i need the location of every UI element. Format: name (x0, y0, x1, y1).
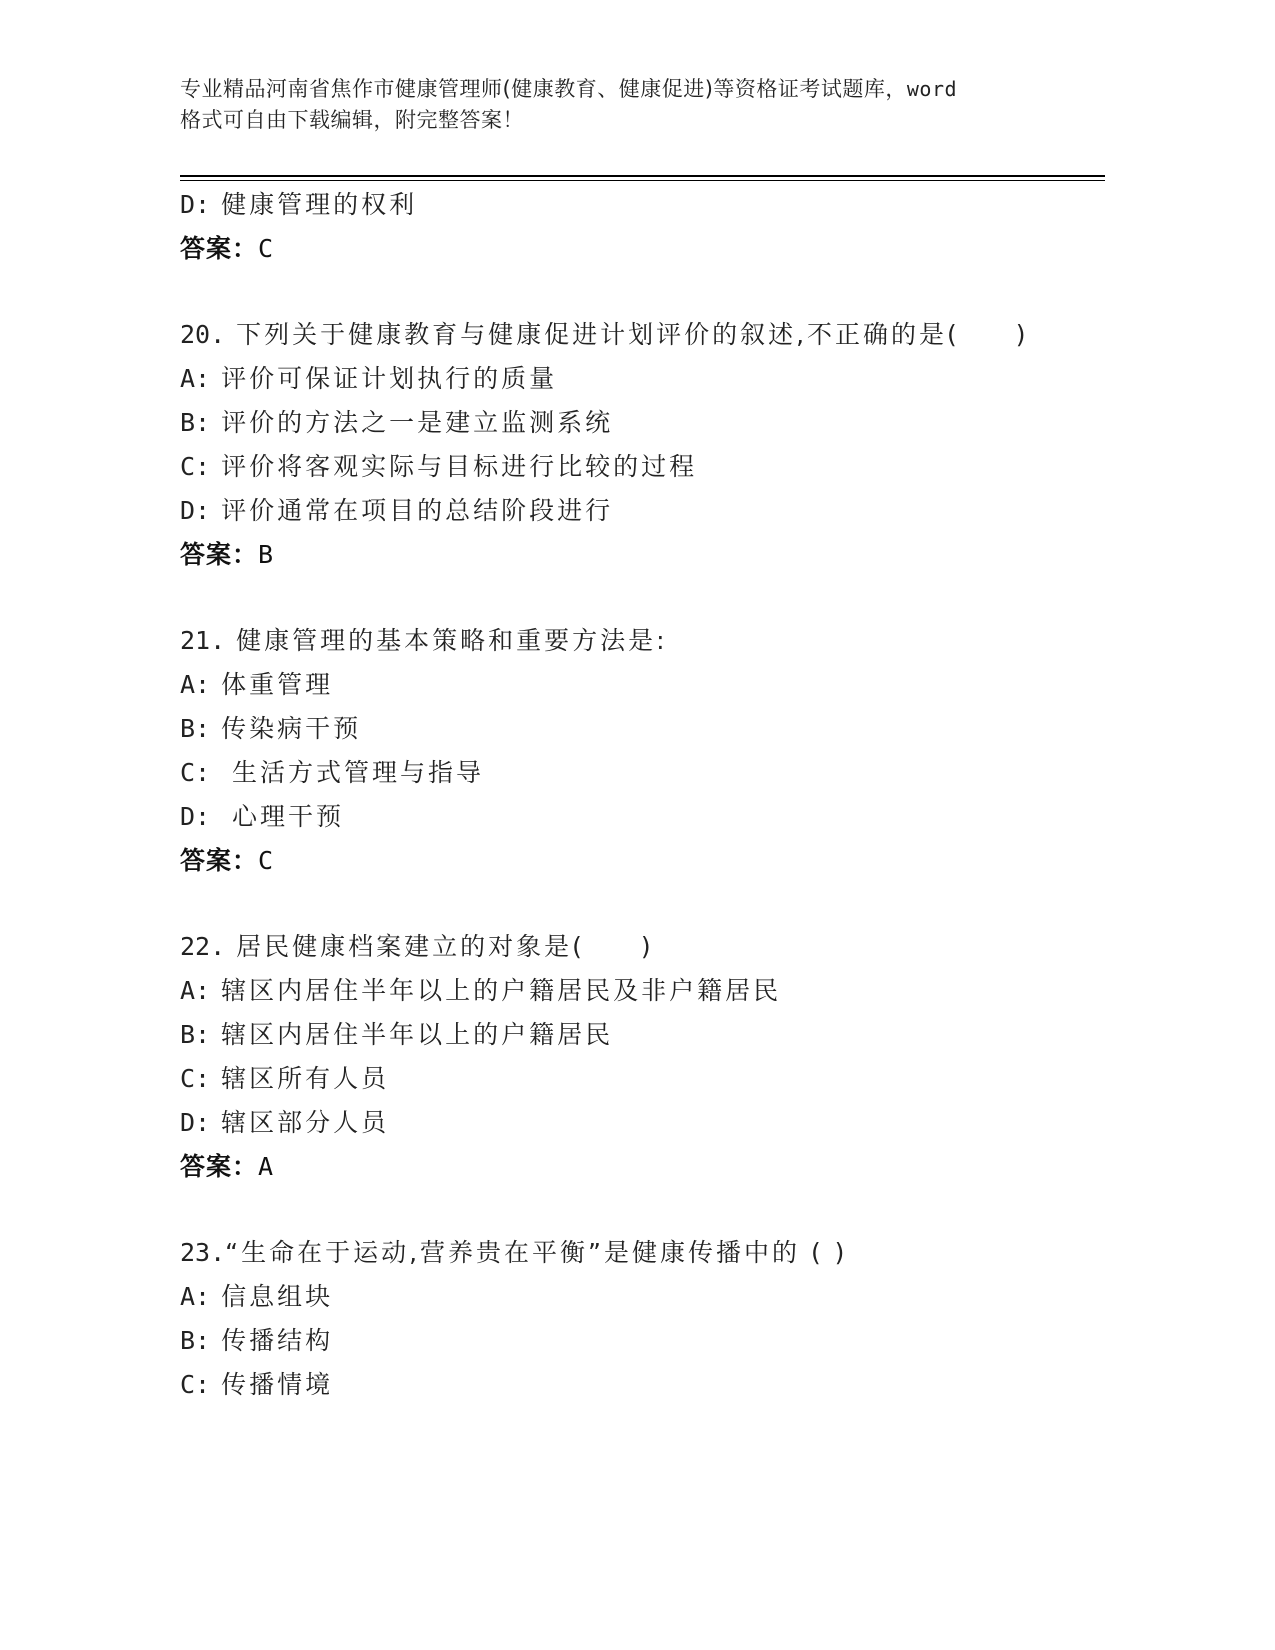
option-a: A: 评价可保证计划执行的质量 (180, 357, 1100, 401)
option-label: D: (180, 802, 210, 831)
option-label: D: (180, 1108, 210, 1137)
header-rule-thick (180, 175, 1105, 177)
option-label: B: (180, 408, 210, 437)
answer-line: 答案：A (180, 1145, 1100, 1189)
answer-line: 答案：C (180, 839, 1100, 883)
option-text: 辖区部分人员 (221, 1108, 389, 1137)
option-text: 传播结构 (221, 1326, 333, 1355)
option-label: C: (180, 758, 210, 787)
option-c: C: 辖区所有人员 (180, 1057, 1100, 1101)
option-text: 体重管理 (221, 670, 333, 699)
option-c: C: 评价将客观实际与目标进行比较的过程 (180, 445, 1100, 489)
option-label: C: (180, 1370, 210, 1399)
question-number: 23. (180, 1238, 225, 1267)
answer-label: 答案： (180, 540, 258, 569)
header-line-2: 格式可自由下载编辑，附完整答案！ (180, 105, 1060, 136)
option-label: C: (180, 452, 210, 481)
question-text: 居民健康档案建立的对象是( ) (236, 932, 654, 961)
question-stem: 23.“生命在于运动,营养贵在平衡”是健康传播中的 ( ) (180, 1231, 1100, 1275)
page-header: 专业精品河南省焦作市健康管理师(健康教育、健康促进)等资格证考试题库，word … (180, 74, 1060, 136)
option-text: 辖区内居住半年以上的户籍居民 (221, 1020, 613, 1049)
option-a: A: 辖区内居住半年以上的户籍居民及非户籍居民 (180, 969, 1100, 1013)
question-text: 健康管理的基本策略和重要方法是: (236, 626, 667, 655)
question-22: 22. 居民健康档案建立的对象是( ) A: 辖区内居住半年以上的户籍居民及非户… (180, 925, 1100, 1189)
option-text: 信息组块 (221, 1282, 333, 1311)
option-d: D: 心理干预 (180, 795, 1100, 839)
question-number: 21. (180, 626, 225, 655)
answer-line: 答案：B (180, 533, 1100, 577)
answer-line: 答案：C (180, 227, 1100, 271)
option-text: 辖区内居住半年以上的户籍居民及非户籍居民 (221, 976, 781, 1005)
option-b: B: 传染病干预 (180, 707, 1100, 751)
question-stem: 22. 居民健康档案建立的对象是( ) (180, 925, 1100, 969)
option-label: A: (180, 364, 210, 393)
option-a: A: 体重管理 (180, 663, 1100, 707)
option-d: D: 评价通常在项目的总结阶段进行 (180, 489, 1100, 533)
header-line-1-text: 专业精品河南省焦作市健康管理师(健康教育、健康促进)等资格证考试题库， (180, 77, 907, 101)
answer-value: B (258, 540, 274, 569)
question-20: 20. 下列关于健康教育与健康促进计划评价的叙述,不正确的是( ) A: 评价可… (180, 313, 1100, 577)
option-text: 评价的方法之一是建立监测系统 (221, 408, 613, 437)
option-text: 健康管理的权利 (221, 190, 417, 219)
option-text: 评价将客观实际与目标进行比较的过程 (221, 452, 697, 481)
option-c: C: 生活方式管理与指导 (180, 751, 1100, 795)
option-label: B: (180, 1020, 210, 1049)
option-label: B: (180, 1326, 210, 1355)
header-rule-thin (180, 180, 1105, 181)
option-b: B: 评价的方法之一是建立监测系统 (180, 401, 1100, 445)
option-text: 评价通常在项目的总结阶段进行 (221, 496, 613, 525)
option-c: C: 传播情境 (180, 1363, 1100, 1407)
answer-value: A (258, 1152, 274, 1181)
option-label: D: (180, 190, 210, 219)
question-21: 21. 健康管理的基本策略和重要方法是: A: 体重管理 B: 传染病干预 C:… (180, 619, 1100, 883)
answer-value: C (258, 846, 274, 875)
answer-label: 答案： (180, 234, 258, 263)
header-word-format: word (907, 77, 957, 101)
question-stem: 21. 健康管理的基本策略和重要方法是: (180, 619, 1100, 663)
option-label: A: (180, 670, 210, 699)
option-line: D: 健康管理的权利 (180, 183, 1100, 227)
option-d: D: 辖区部分人员 (180, 1101, 1100, 1145)
question-number: 22. (180, 932, 225, 961)
option-text: 心理干预 (221, 802, 344, 831)
option-text: 生活方式管理与指导 (221, 758, 484, 787)
option-a: A: 信息组块 (180, 1275, 1100, 1319)
option-b: B: 辖区内居住半年以上的户籍居民 (180, 1013, 1100, 1057)
answer-label: 答案： (180, 1152, 258, 1181)
question-23: 23.“生命在于运动,营养贵在平衡”是健康传播中的 ( ) A: 信息组块 B:… (180, 1231, 1100, 1407)
question-number: 20. (180, 320, 225, 349)
question-text: “生命在于运动,营养贵在平衡”是健康传播中的 ( ) (225, 1238, 847, 1267)
option-label: C: (180, 1064, 210, 1093)
answer-label: 答案： (180, 846, 258, 875)
option-label: B: (180, 714, 210, 743)
question-text: 下列关于健康教育与健康促进计划评价的叙述,不正确的是( ) (236, 320, 1028, 349)
option-label: D: (180, 496, 210, 525)
question-stem: 20. 下列关于健康教育与健康促进计划评价的叙述,不正确的是( ) (180, 313, 1100, 357)
header-line-1: 专业精品河南省焦作市健康管理师(健康教育、健康促进)等资格证考试题库，word (180, 74, 1060, 105)
option-text: 传染病干预 (221, 714, 361, 743)
option-b: B: 传播结构 (180, 1319, 1100, 1363)
option-text: 辖区所有人员 (221, 1064, 389, 1093)
answer-value: C (258, 234, 274, 263)
option-label: A: (180, 976, 210, 1005)
option-label: A: (180, 1282, 210, 1311)
option-text: 评价可保证计划执行的质量 (221, 364, 557, 393)
option-text: 传播情境 (221, 1370, 333, 1399)
question-list: D: 健康管理的权利 答案：C 20. 下列关于健康教育与健康促进计划评价的叙述… (180, 183, 1100, 1407)
